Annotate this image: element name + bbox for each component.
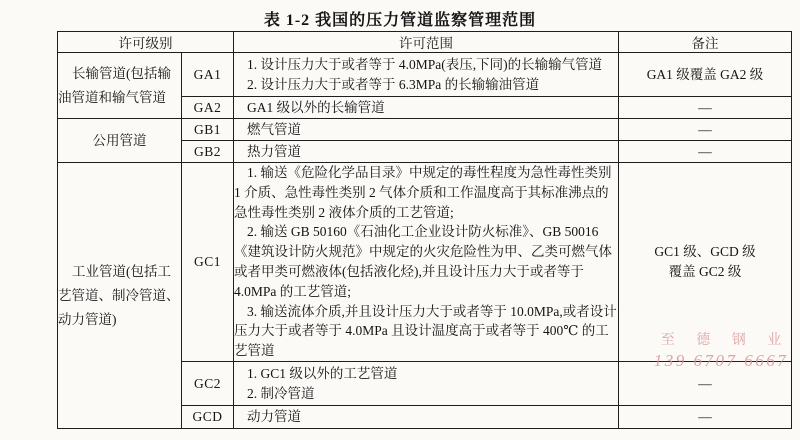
category-industrial-pipeline: 工业管道(包括工艺管道、制冷管道、动力管道) xyxy=(58,163,182,429)
code-gb1: GB1 xyxy=(182,119,234,141)
scope-ga2: GA1 级以外的长输管道 xyxy=(234,97,619,119)
scope-ga1: 1. 设计压力大于或者等于 4.0MPa(表压,下同)的长输输气管道 2. 设计… xyxy=(234,53,619,97)
scope-ga2-item-1: GA1 级以外的长输管道 xyxy=(234,98,618,118)
remark-ga2: — xyxy=(619,97,792,119)
scope-gc1-item-1: 1. 输送《危险化学品目录》中规定的毒性程度为急性毒性类别 1 介质、急性毒性类… xyxy=(234,163,618,222)
scope-gc2-item-2: 2. 制冷管道 xyxy=(234,384,618,404)
scope-ga1-item-2: 2. 设计压力大于或者等于 6.3MPa 的长输输油管道 xyxy=(234,75,618,95)
remark-ga1: GA1 级覆盖 GA2 级 xyxy=(619,53,792,97)
scope-gc1-item-2: 2. 输送 GB 50160《石油化工企业设计防火标准》、GB 50016《建筑… xyxy=(234,222,618,301)
pipeline-permit-table: 许可级别 许可范围 备注 长输管道(包括输油管道和输气管道 GA1 1. 设计压… xyxy=(57,31,792,429)
scope-gc1: 1. 输送《危险化学品目录》中规定的毒性程度为急性毒性类别 1 介质、急性毒性类… xyxy=(234,163,619,362)
category-public-utility-pipeline: 公用管道 xyxy=(58,119,182,163)
category-long-distance-pipeline: 长输管道(包括输油管道和输气管道 xyxy=(58,53,182,119)
code-ga1: GA1 xyxy=(182,53,234,97)
header-row: 许可级别 许可范围 备注 xyxy=(58,32,792,53)
scope-gcd-item-1: 动力管道 xyxy=(234,407,618,427)
scope-gb2: 热力管道 xyxy=(234,141,619,163)
remark-gc2: — xyxy=(619,362,792,406)
col-header-remark: 备注 xyxy=(619,32,792,53)
code-ga2: GA2 xyxy=(182,97,234,119)
code-gc2: GC2 xyxy=(182,362,234,406)
remark-gcd: — xyxy=(619,406,792,429)
scanned-document-page: 表 1-2 我国的压力管道监察管理范围 许可级别 许可范围 备注 长输管道(包括… xyxy=(0,0,800,440)
code-gcd: GCD xyxy=(182,406,234,429)
scope-gcd: 动力管道 xyxy=(234,406,619,429)
remark-gc1: GC1 级、GCD 级 覆盖 GC2 级 xyxy=(619,163,792,362)
table-row-ga1: 长输管道(包括输油管道和输气管道 GA1 1. 设计压力大于或者等于 4.0MP… xyxy=(58,53,792,97)
remark-gb2: — xyxy=(619,141,792,163)
remark-gb1: — xyxy=(619,119,792,141)
scope-gc1-item-3: 3. 输送流体介质,并且设计压力大于或者等于 10.0MPa,或者设计压力大于或… xyxy=(234,302,618,361)
scope-ga1-item-1: 1. 设计压力大于或者等于 4.0MPa(表压,下同)的长输输气管道 xyxy=(234,55,618,75)
code-gc1: GC1 xyxy=(182,163,234,362)
col-header-permit-level: 许可级别 xyxy=(58,32,234,53)
scope-gc2: 1. GC1 级以外的工艺管道 2. 制冷管道 xyxy=(234,362,619,406)
table-title: 表 1-2 我国的压力管道监察管理范围 xyxy=(0,7,800,30)
remark-gc1-line-2: 覆盖 GC2 级 xyxy=(619,262,791,282)
table-row-gc1: 工业管道(包括工艺管道、制冷管道、动力管道) GC1 1. 输送《危险化学品目录… xyxy=(58,163,792,362)
scope-gc2-item-1: 1. GC1 级以外的工艺管道 xyxy=(234,364,618,384)
code-gb2: GB2 xyxy=(182,141,234,163)
remark-gc1-line-1: GC1 级、GCD 级 xyxy=(619,242,791,262)
scope-gb2-item-1: 热力管道 xyxy=(234,142,618,162)
col-header-permit-scope: 许可范围 xyxy=(234,32,619,53)
table-row-gb1: 公用管道 GB1 燃气管道 — xyxy=(58,119,792,141)
scope-gb1: 燃气管道 xyxy=(234,119,619,141)
scope-gb1-item-1: 燃气管道 xyxy=(234,120,618,140)
